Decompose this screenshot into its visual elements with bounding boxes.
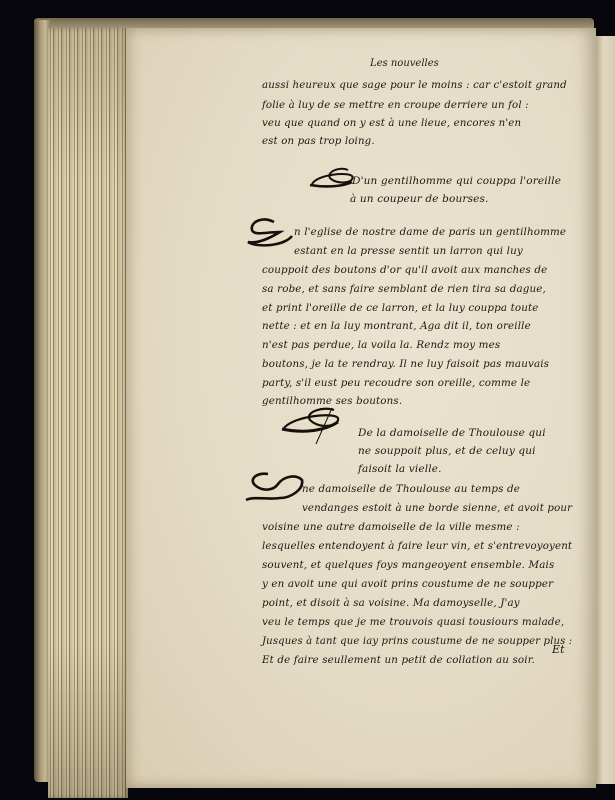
text-line: voisine une autre damoiselle de la ville… — [262, 517, 520, 537]
text-line: aussi heureux que sage pour le moins : c… — [262, 76, 567, 96]
gutter-facing-page — [596, 36, 615, 784]
text-line: couppoit des boutons d'or qu'il avoit au… — [262, 260, 547, 280]
text-line: boutons, je la te rendray. Il ne luy fai… — [262, 354, 549, 374]
text-line: est on pas trop loing. — [262, 132, 375, 152]
decorative-initial-v-icon — [244, 468, 306, 510]
text-line: point, et disoit à sa voisine. Ma damoys… — [262, 593, 520, 613]
text-line: lesquelles entendoyent à faire leur vin,… — [262, 536, 572, 556]
text-line: n'est pas perdue, la voila la. Rendz moy… — [262, 335, 500, 355]
flourish-initial-d-icon — [280, 402, 340, 446]
tale-2-title-line-3: faisoit la vielle. — [358, 459, 442, 479]
catchword: Et — [552, 640, 615, 660]
bleed-through — [420, 160, 423, 171]
text-line: n l'eglise de nostre dame de paris un ge… — [294, 222, 566, 242]
running-head: Les nouvelles — [370, 58, 439, 69]
page-fore-edge — [48, 28, 128, 798]
text-line: nette : et en la luy montrant, Aga dit i… — [262, 316, 531, 336]
text-line: vendanges estoit à une borde sienne, et … — [302, 498, 572, 518]
decorative-initial-e-icon — [244, 214, 296, 250]
text-line: y en avoit une qui avoit prins coustume … — [262, 574, 553, 594]
text-line: souvent, et quelques foys mangeoyent ens… — [262, 555, 554, 575]
text-line: Jusques à tant que iay prins coustume de… — [262, 631, 572, 651]
tale-1-title-line-2: à un coupeur de bourses. — [350, 189, 489, 209]
text-line: ne damoiselle de Thoulouse au temps de — [302, 479, 520, 499]
text-line: Et de faire seullement un petit de colla… — [262, 650, 535, 670]
text-line: estant en la presse sentit un larron qui… — [294, 241, 523, 261]
text-line: veu le temps que je me trouvois quasi to… — [262, 612, 564, 632]
text-line: sa robe, et sans faire semblant de rien … — [262, 279, 546, 299]
